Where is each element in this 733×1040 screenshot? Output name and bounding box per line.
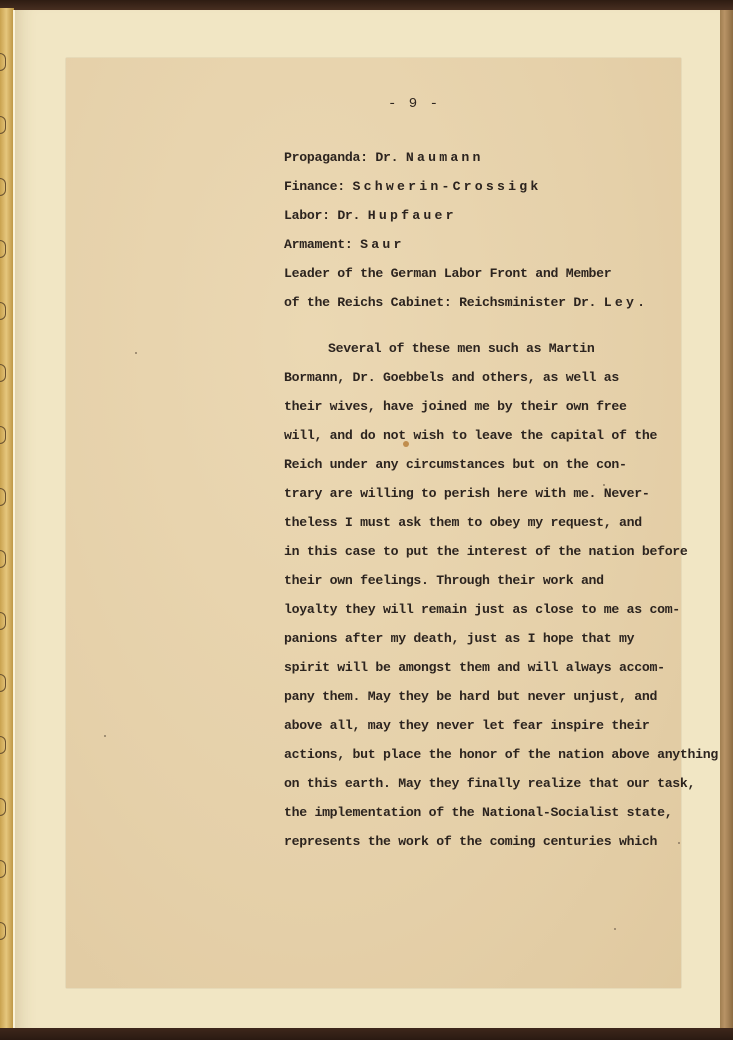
ley-line-1: Leader of the German Labor Front and Mem…	[284, 266, 611, 281]
appointment-armament: Armament: Saur	[284, 237, 405, 252]
binding-ring-icon	[0, 922, 6, 940]
album-right-edge	[719, 10, 733, 1030]
paragraph-line: above all, may they never let fear inspi…	[284, 718, 649, 733]
appointment-prefix: Dr.	[337, 208, 360, 223]
binding-ring-icon	[0, 426, 6, 444]
paper-speck	[614, 928, 616, 930]
paragraph-line: their wives, have joined me by their own…	[284, 399, 627, 414]
paper-speck	[135, 352, 137, 354]
paragraph-line: in this case to put the interest of the …	[284, 544, 688, 559]
appointment-role: Propaganda:	[284, 150, 368, 165]
binding-strip	[0, 8, 14, 1030]
paragraph-line: their own feelings. Through their work a…	[284, 573, 604, 588]
paper-speck	[104, 735, 106, 737]
binding-ring-icon	[0, 550, 6, 568]
paper-speck	[603, 484, 605, 486]
paragraph-line: the implementation of the National-Socia…	[284, 805, 672, 820]
binding-ring-icon	[0, 798, 6, 816]
paragraph-line: on this earth. May they finally realize …	[284, 776, 695, 791]
binding-ring-icon	[0, 302, 6, 320]
paragraph-line: will, and do not wish to leave the capit…	[284, 428, 657, 443]
appointment-role: Finance:	[284, 179, 345, 194]
paragraph-line: spirit will be amongst them and will alw…	[284, 660, 665, 675]
appointment-finance: Finance: Schwerin-Crossigk	[284, 179, 541, 194]
ley-line-2: of the Reichs Cabinet: Reichsminister Dr…	[284, 295, 648, 310]
appointment-name: Hupfauer	[368, 208, 457, 223]
ley-name: Ley.	[604, 295, 648, 310]
paragraph-line: trary are willing to perish here with me…	[284, 486, 649, 501]
page-number: - 9 -	[388, 96, 440, 112]
paragraph-line: Several of these men such as Martin	[328, 341, 594, 356]
paragraph-line: actions, but place the honor of the nati…	[284, 747, 718, 762]
binding-ring-icon	[0, 364, 6, 382]
album-bottom-edge	[0, 1028, 733, 1040]
paragraph-line: theless I must ask them to obey my reque…	[284, 515, 642, 530]
binding-ring-icon	[0, 674, 6, 692]
paragraph-line: panions after my death, just as I hope t…	[284, 631, 634, 646]
binding-ring-icon	[0, 178, 6, 196]
paragraph-line: loyalty they will remain just as close t…	[284, 602, 680, 617]
paragraph-line: Reich under any circumstances but on the…	[284, 457, 627, 472]
binding-ring-icon	[0, 116, 6, 134]
appointment-prefix: Dr.	[375, 150, 398, 165]
binding-ring-icon	[0, 488, 6, 506]
ley-line-2-prefix: of the Reichs Cabinet: Reichsminister Dr…	[284, 295, 596, 310]
binding-ring-icon	[0, 612, 6, 630]
appointment-role: Labor:	[284, 208, 330, 223]
paragraph-line: Bormann, Dr. Goebbels and others, as wel…	[284, 370, 619, 385]
paper-stain	[403, 441, 409, 447]
paper-speck	[678, 842, 680, 844]
paragraph-line: represents the work of the coming centur…	[284, 834, 657, 849]
binding-ring-icon	[0, 736, 6, 754]
appointment-propaganda: Propaganda: Dr. Naumann	[284, 150, 484, 165]
binding-ring-icon	[0, 860, 6, 878]
paragraph-line: pany them. May they be hard but never un…	[284, 689, 657, 704]
appointment-name: Schwerin-Crossigk	[353, 179, 542, 194]
appointment-labor: Labor: Dr. Hupfauer	[284, 208, 457, 223]
binding-ring-icon	[0, 53, 6, 71]
appointment-name: Naumann	[406, 150, 484, 165]
binding-ring-icon	[0, 240, 6, 258]
appointment-role: Armament:	[284, 237, 353, 252]
appointment-name: Saur	[360, 237, 404, 252]
